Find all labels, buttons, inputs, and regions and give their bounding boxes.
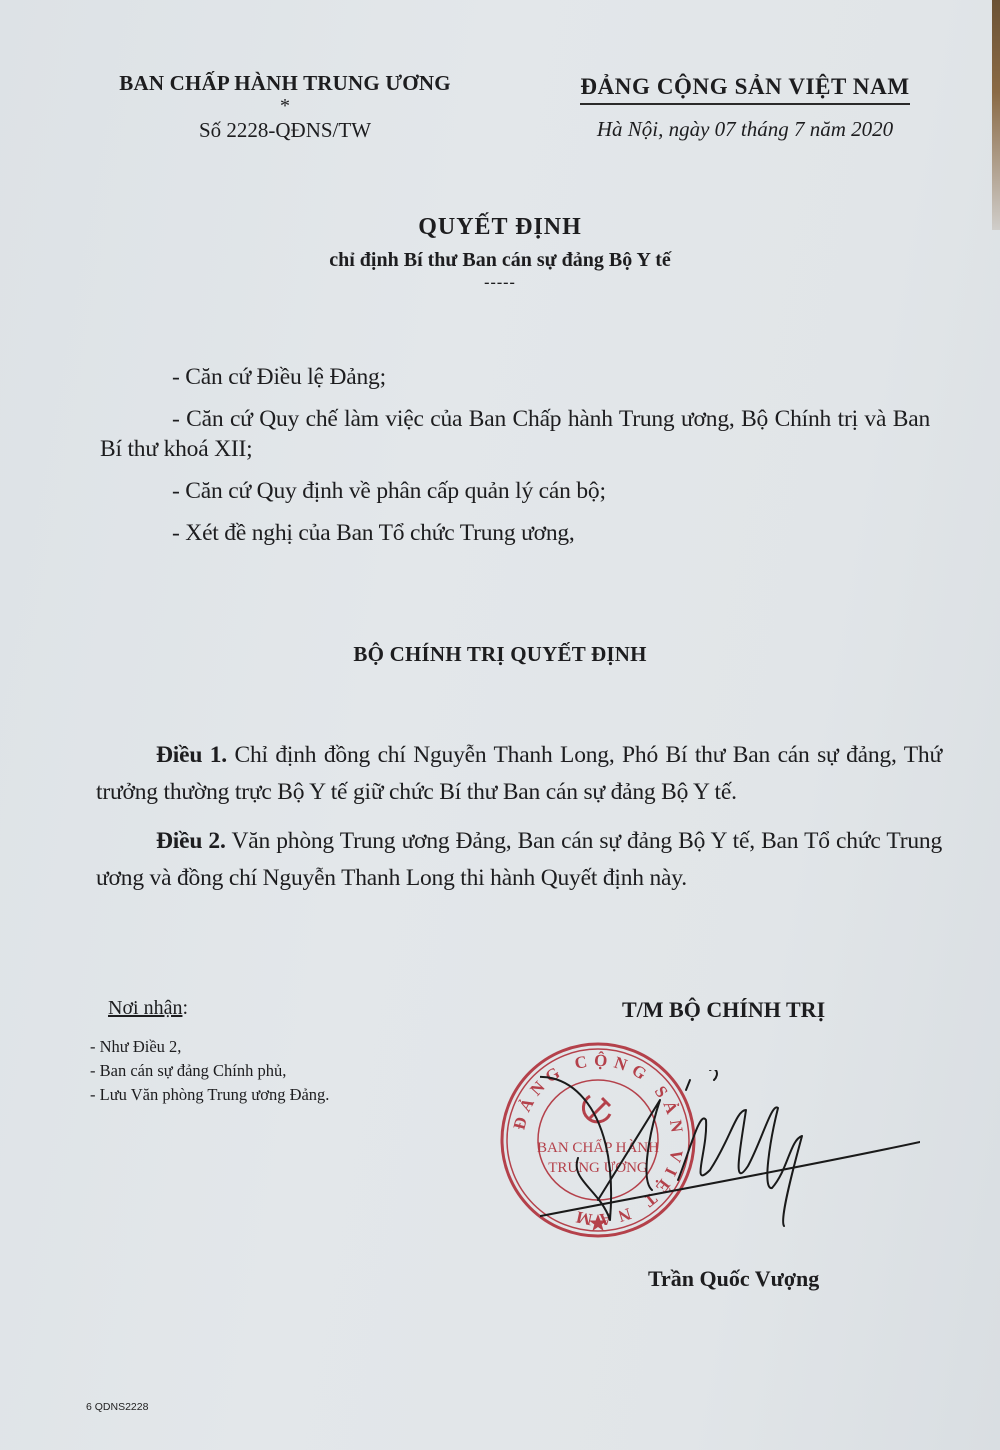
signer-name: Trần Quốc Vượng [648, 1264, 819, 1294]
preamble: - Căn cứ Điều lệ Đảng; - Căn cứ Quy chế … [100, 362, 930, 560]
place-and-date: Hà Nội, ngày 07 tháng 7 năm 2020 [560, 115, 930, 143]
document-subtitle: chỉ định Bí thư Ban cán sự đảng Bộ Y tế [0, 246, 1000, 274]
title-separator: ----- [0, 274, 1000, 292]
handwritten-signature-icon [540, 1070, 920, 1240]
recipients-colon: : [182, 997, 188, 1019]
article-1: Điều 1. Chỉ định đồng chí Nguyễn Thanh L… [96, 737, 942, 811]
preamble-item: - Căn cứ Quy định về phân cấp quản lý cá… [100, 476, 930, 506]
articles: Điều 1. Chỉ định đồng chí Nguyễn Thanh L… [96, 737, 942, 909]
preamble-item: - Xét đề nghị của Ban Tổ chức Trung ương… [100, 518, 930, 548]
document-title-block: QUYẾT ĐỊNH chỉ định Bí thư Ban cán sự đả… [0, 212, 1000, 292]
article-label: Điều 2. [156, 828, 226, 854]
party-name: ĐẢNG CỘNG SẢN VIỆT NAM [580, 72, 909, 105]
article-label: Điều 1. [156, 742, 227, 768]
issuer-header: BAN CHẤP HÀNH TRUNG ƯƠNG * Số 2228-QĐNS/… [70, 70, 500, 144]
preamble-item: - Căn cứ Điều lệ Đảng; [100, 362, 930, 392]
recipient-item: - Lưu Văn phòng Trung ương Đảng. [90, 1083, 488, 1107]
document-footer-code: 6 QDNS2228 [86, 1400, 148, 1414]
recipients-block: Nơi nhận: - Như Điều 2, - Ban cán sự đản… [108, 995, 488, 1107]
recipients-label: Nơi nhận [108, 997, 182, 1019]
recipient-item: - Ban cán sự đảng Chính phủ, [90, 1059, 488, 1083]
header-asterisk: * [70, 98, 500, 114]
issuing-organization: BAN CHẤP HÀNH TRUNG ƯƠNG [70, 70, 500, 96]
recipients-list: - Như Điều 2, - Ban cán sự đảng Chính ph… [90, 1035, 488, 1107]
document-title: QUYẾT ĐỊNH [0, 212, 1000, 242]
document-number: Số 2228-QĐNS/TW [70, 116, 500, 144]
page-edge-shadow [992, 0, 1000, 230]
decides-heading: BỘ CHÍNH TRỊ QUYẾT ĐỊNH [0, 640, 1000, 668]
article-2: Điều 2. Văn phòng Trung ương Đảng, Ban c… [96, 823, 942, 897]
recipient-item: - Như Điều 2, [90, 1035, 488, 1059]
preamble-item: - Căn cứ Quy chế làm việc của Ban Chấp h… [100, 404, 930, 464]
on-behalf-title: T/M BỘ CHÍNH TRỊ [622, 995, 825, 1025]
party-header: ĐẢNG CỘNG SẢN VIỆT NAM Hà Nội, ngày 07 t… [560, 72, 930, 143]
